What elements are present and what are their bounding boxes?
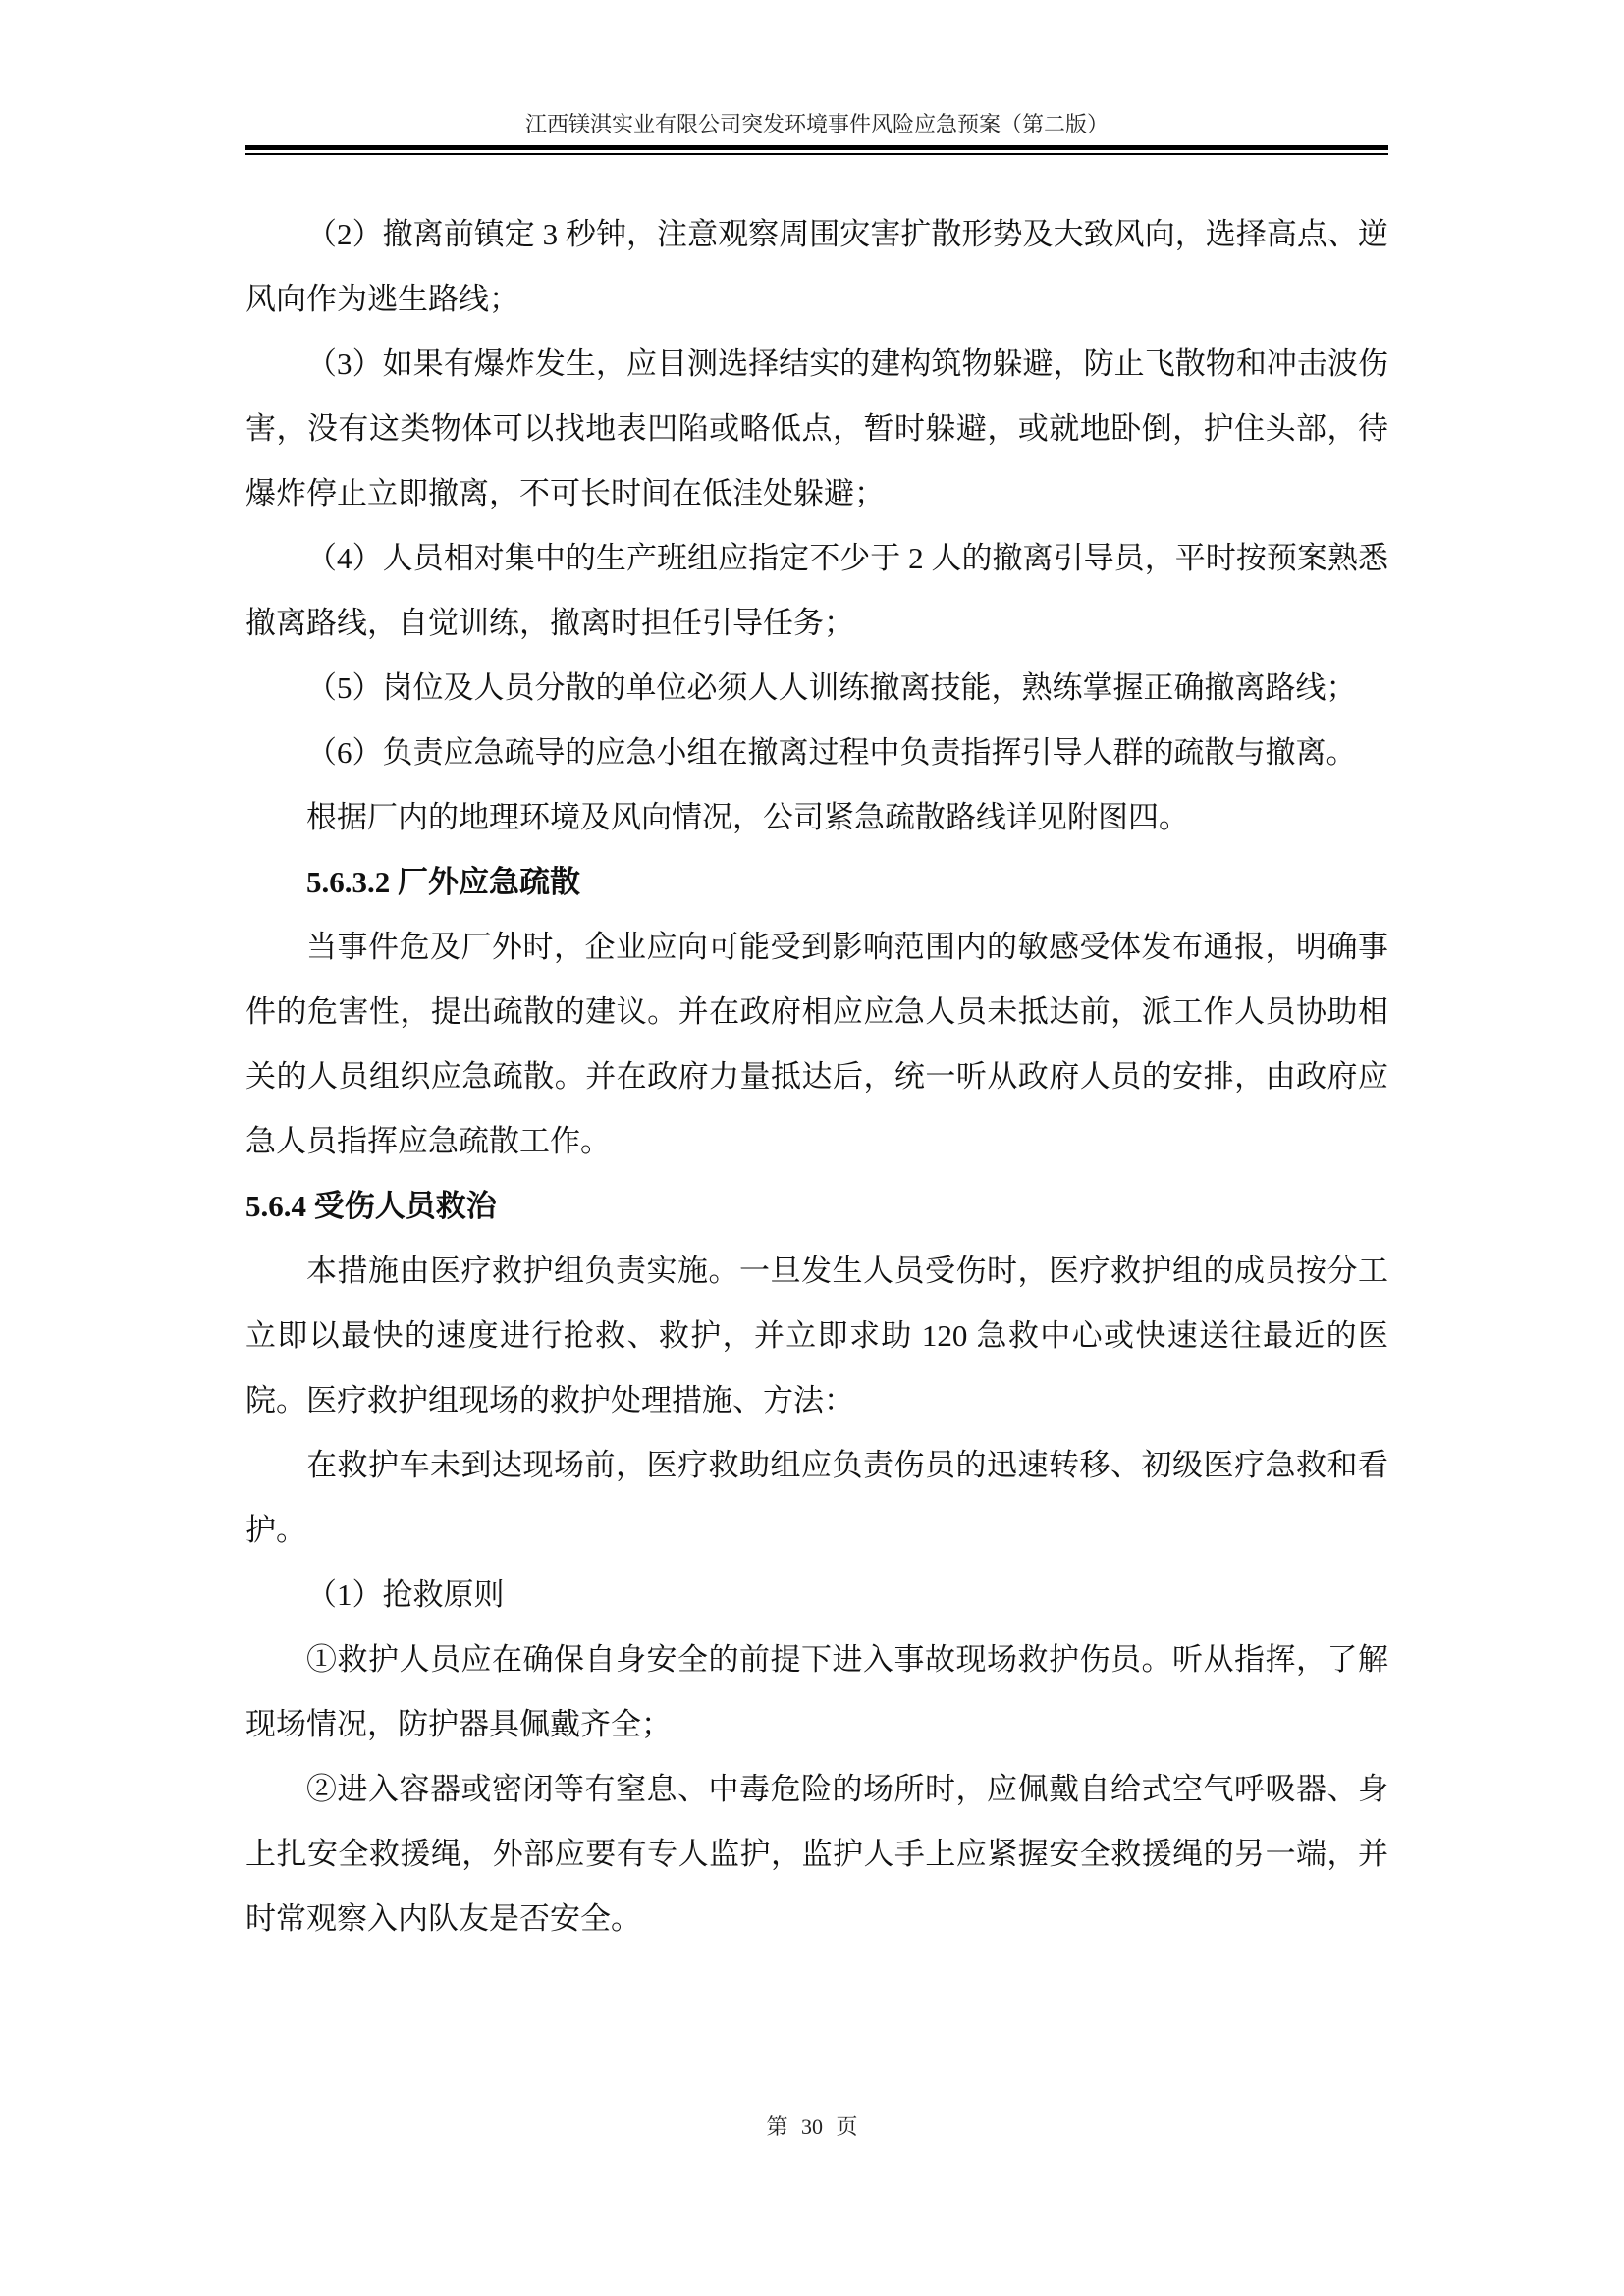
paragraph-offsite-evacuation: 当事件危及厂外时，企业应向可能受到影响范围内的敏感受体发布通报，明确事件的危害性… xyxy=(245,915,1388,1174)
header-rule-thin xyxy=(245,153,1388,155)
paragraph-injury-treatment: 本措施由医疗救护组负责实施。一旦发生人员受伤时，医疗救护组的成员按分工立即以最快… xyxy=(245,1239,1388,1433)
paragraph-evacuation-step-2: （2）撤离前镇定 3 秒钟，注意观察周围灾害扩散形势及大致风向，选择高点、逆风向… xyxy=(245,202,1388,332)
document-body: （2）撤离前镇定 3 秒钟，注意观察周围灾害扩散形势及大致风向，选择高点、逆风向… xyxy=(245,202,1388,1951)
paragraph-evacuation-step-4: （4）人员相对集中的生产班组应指定不少于 2 人的撤离引导员，平时按预案熟悉撤离… xyxy=(245,526,1388,656)
paragraph-evacuation-step-5: （5）岗位及人员分散的单位必须人人训练撤离技能，熟练掌握正确撤离路线； xyxy=(245,656,1388,721)
section-heading-5-6-4: 5.6.4 受伤人员救治 xyxy=(245,1174,1388,1239)
paragraph-evacuation-step-3: （3）如果有爆炸发生，应目测选择结实的建构筑物躲避，防止飞散物和冲击波伤害，没有… xyxy=(245,332,1388,526)
document-header-title: 江西镁淇实业有限公司突发环境事件风险应急预案（第二版） xyxy=(245,110,1388,139)
paragraph-rescue-principle-2: ②进入容器或密闭等有窒息、中毒危险的场所时，应佩戴自给式空气呼吸器、身上扎安全救… xyxy=(245,1757,1388,1951)
paragraph-rescue-principle-1: ①救护人员应在确保自身安全的前提下进入事故现场救护伤员。听从指挥，了解现场情况，… xyxy=(245,1628,1388,1757)
header-rule-thick xyxy=(245,145,1388,150)
paragraph-evacuation-step-6: （6）负责应急疏导的应急小组在撤离过程中负责指挥引导人群的疏散与撤离。 xyxy=(245,721,1388,785)
paragraph-pre-ambulance: 在救护车未到达现场前，医疗救助组应负责伤员的迅速转移、初级医疗急救和看护。 xyxy=(245,1433,1388,1563)
paragraph-rescue-principles-title: （1）抢救原则 xyxy=(245,1563,1388,1628)
page-number: 第 30 页 xyxy=(0,2110,1624,2141)
section-heading-5-6-3-2: 5.6.3.2 厂外应急疏散 xyxy=(245,850,1388,915)
paragraph-evacuation-route-note: 根据厂内的地理环境及风向情况，公司紧急疏散路线详见附图四。 xyxy=(245,785,1388,850)
